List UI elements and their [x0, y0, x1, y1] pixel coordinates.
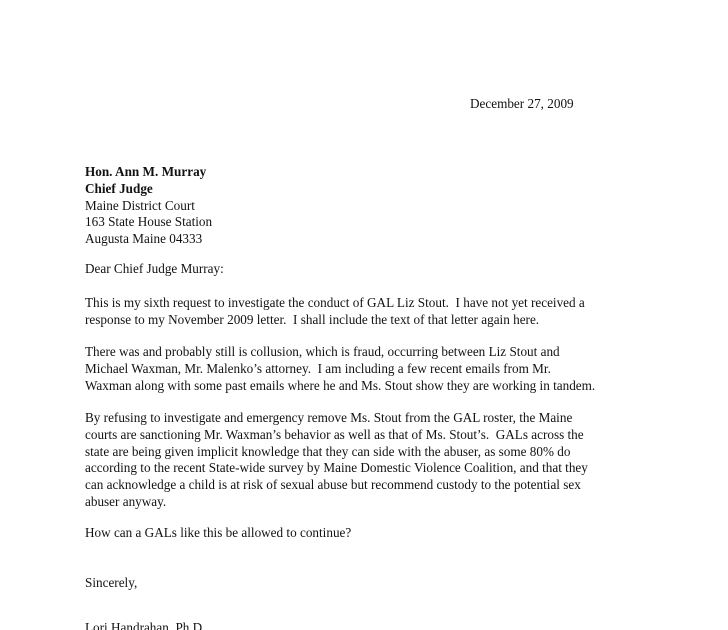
signature-name: Lori Handrahan, Ph.D [85, 620, 658, 630]
recipient-title: Chief Judge [85, 181, 658, 198]
paragraph-line: can acknowledge a child is at risk of se… [85, 477, 658, 494]
recipient-address-line: 163 State House Station [85, 214, 658, 231]
paragraph-line: according to the recent State-wide surve… [85, 460, 658, 477]
letter-page: December 27, 2009 Hon. Ann M. Murray Chi… [0, 0, 728, 630]
paragraph-2: There was and probably still is collusio… [85, 344, 658, 394]
paragraph-1: This is my sixth request to investigate … [85, 295, 658, 329]
recipient-address-line: Augusta Maine 04333 [85, 231, 658, 248]
paragraph-line: response to my November 2009 letter. I s… [85, 312, 658, 329]
closing-salutation: Sincerely, [85, 575, 658, 592]
paragraph-line: By refusing to investigate and emergency… [85, 410, 658, 427]
paragraph-line: This is my sixth request to investigate … [85, 295, 658, 312]
paragraph-line: state are being given implicit knowledge… [85, 444, 658, 461]
paragraph-line: Waxman along with some past emails where… [85, 378, 658, 395]
paragraph-line: courts are sanctioning Mr. Waxman’s beha… [85, 427, 658, 444]
recipient-address-block: Hon. Ann M. Murray Chief Judge Maine Dis… [85, 164, 658, 248]
paragraph-line: There was and probably still is collusio… [85, 344, 658, 361]
paragraph-line: abuser anyway. [85, 494, 658, 511]
recipient-name: Hon. Ann M. Murray [85, 164, 658, 181]
letter-date: December 27, 2009 [470, 96, 574, 113]
recipient-address-line: Maine District Court [85, 198, 658, 215]
salutation: Dear Chief Judge Murray: [85, 261, 658, 278]
paragraph-3: By refusing to investigate and emergency… [85, 410, 658, 511]
closing-question: How can a GALs like this be allowed to c… [85, 525, 658, 542]
paragraph-line: Michael Waxman, Mr. Malenko’s attorney. … [85, 361, 658, 378]
